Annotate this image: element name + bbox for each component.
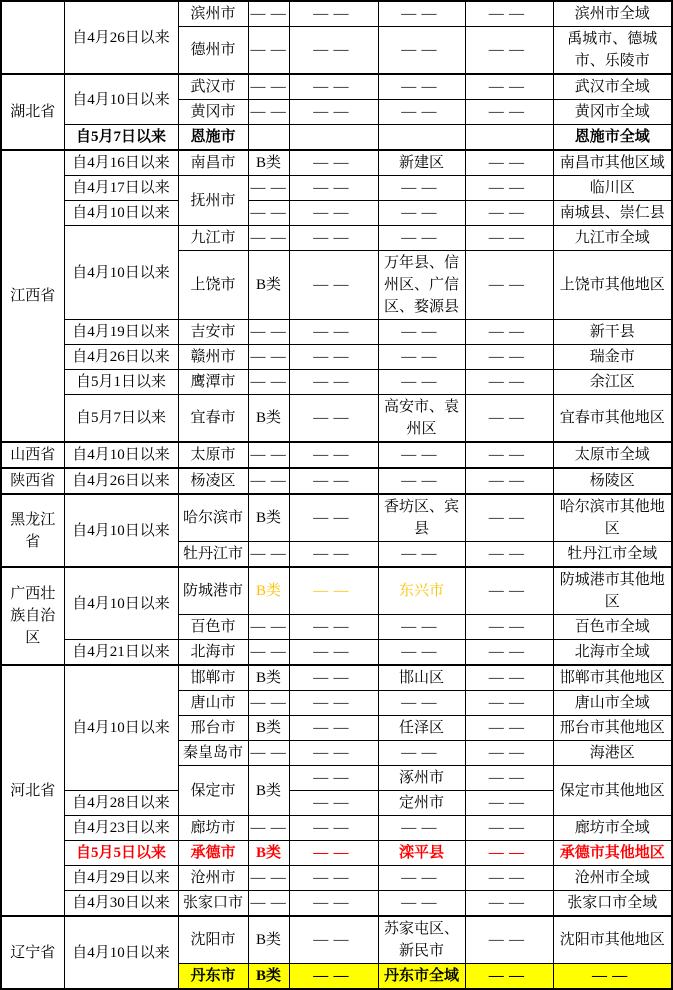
dash-cell: —— [465,442,553,468]
class-cell: —— [248,442,289,468]
area-cell: 九江市全域 [553,226,672,251]
dash-cell: —— [465,201,553,226]
class-cell: —— [248,201,289,226]
table-row: 自4月21日以来北海市————————北海市全域 [1,640,672,666]
date-since-cell: 自4月29日以来 [64,866,178,891]
date-since-cell: 自4月10日以来 [64,442,178,468]
class-cell: B类 [248,494,289,542]
dash-cell: —— [465,716,553,741]
province-cell: 湖北省 [1,74,64,150]
dash-cell: —— [289,615,378,640]
area-cell: 滨州市全域 [553,1,672,27]
table-row: 山西省自4月10日以来太原市————————太原市全域 [1,442,672,468]
table-row: 陕西省自4月26日以来杨凌区————————杨陵区 [1,468,672,494]
date-since-cell: 自4月10日以来 [64,201,178,226]
dash-cell: —— [289,816,378,841]
table-row: 自4月17日以来抚州市————————临川区 [1,176,672,201]
province-cell [1,1,64,74]
class-cell: —— [248,370,289,395]
city-cell: 滨州市 [178,1,248,27]
dash-cell: —— [289,1,378,27]
dash-cell: —— [289,468,378,494]
area-cell: 宜春市其他地区 [553,395,672,443]
city-cell: 德州市 [178,27,248,75]
area-cell: 沈阳市其他地区 [553,916,672,964]
dash-cell: —— [289,891,378,917]
table-row: 自4月26日以来滨州市————————滨州市全域 [1,1,672,27]
province-cell: 河北省 [1,665,64,916]
dash-cell: —— [465,345,553,370]
city-cell: 上饶市 [178,251,248,320]
area-cell: —— [553,964,672,990]
district-cell: —— [378,226,465,251]
date-since-cell: 自4月26日以来 [64,468,178,494]
date-since-cell: 自5月5日以来 [64,841,178,866]
city-cell: 恩施市 [178,125,248,151]
dash-cell: —— [289,251,378,320]
city-cell: 九江市 [178,226,248,251]
date-since-cell: 自4月19日以来 [64,320,178,345]
date-since-cell: 自5月1日以来 [64,370,178,395]
city-cell: 哈尔滨市 [178,494,248,542]
area-cell: 邯郸市其他地区 [553,665,672,691]
class-cell: —— [248,176,289,201]
class-cell: —— [248,691,289,716]
district-cell: —— [378,320,465,345]
class-cell: —— [248,345,289,370]
date-since-cell: 自4月10日以来 [64,665,178,791]
province-cell: 江西省 [1,150,64,442]
dash-cell [465,125,553,151]
class-cell: —— [248,741,289,766]
dash-cell: —— [465,150,553,176]
date-since-cell: 自4月17日以来 [64,176,178,201]
province-cell: 辽宁省 [1,916,64,989]
class-cell: B类 [248,766,289,816]
area-cell: 临川区 [553,176,672,201]
dash-cell: —— [465,176,553,201]
date-since-cell: 自4月23日以来 [64,816,178,841]
dash-cell: —— [465,100,553,125]
district-cell: —— [378,816,465,841]
table-row: 自4月19日以来吉安市————————新干县 [1,320,672,345]
city-cell: 黄冈市 [178,100,248,125]
dash-cell: —— [465,226,553,251]
class-cell: B类 [248,964,289,990]
city-cell: 廊坊市 [178,816,248,841]
dash-cell: —— [465,916,553,964]
class-cell: —— [248,615,289,640]
date-since-cell: 自4月26日以来 [64,1,178,74]
dash-cell: —— [465,494,553,542]
area-cell: 保定市其他地区 [553,766,672,816]
table-row: 自4月29日以来沧州市————————沧州市全域 [1,866,672,891]
area-cell: 武汉市全域 [553,74,672,100]
table-row: 自4月23日以来廊坊市————————廊坊市全域 [1,816,672,841]
city-cell: 鹰潭市 [178,370,248,395]
dash-cell: —— [465,320,553,345]
dash-cell: —— [289,766,378,791]
district-cell: 万年县、信州区、广信区、婺源县 [378,251,465,320]
province-cell: 黑龙江省 [1,494,64,567]
area-cell: 牡丹江市全域 [553,542,672,568]
district-cell: 定州市 [378,791,465,816]
dash-cell: —— [289,494,378,542]
dash-cell: —— [465,1,553,27]
table-row: 自4月26日以来赣州市————————瑞金市 [1,345,672,370]
class-cell: B类 [248,841,289,866]
city-cell: 杨凌区 [178,468,248,494]
area-cell: 北海市全域 [553,640,672,666]
district-cell: 新建区 [378,150,465,176]
table-row: 自5月1日以来鹰潭市————————余江区 [1,370,672,395]
dash-cell: —— [289,741,378,766]
class-cell: —— [248,866,289,891]
dash-cell: —— [465,866,553,891]
date-since-cell: 自4月10日以来 [64,916,178,989]
dash-cell: —— [465,370,553,395]
table-row: 自5月7日以来恩施市恩施市全域 [1,125,672,151]
dash-cell: —— [289,691,378,716]
table-row: 辽宁省自4月10日以来沈阳市B类——苏家屯区、新民市——沈阳市其他地区 [1,916,672,964]
dash-cell: —— [289,640,378,666]
dash-cell: —— [465,691,553,716]
district-cell: 丹东市全域 [378,964,465,990]
policy-table-body: 自4月26日以来滨州市————————滨州市全域德州市————————禹城市、德… [1,1,672,989]
dash-cell: —— [289,320,378,345]
dash-cell: —— [289,964,378,990]
table-row: 自4月10日以来九江市————————九江市全域 [1,226,672,251]
dash-cell: —— [465,741,553,766]
dash-cell: —— [465,665,553,691]
district-cell: 滦平县 [378,841,465,866]
class-cell: B类 [248,716,289,741]
area-cell: 瑞金市 [553,345,672,370]
dash-cell: —— [465,542,553,568]
class-cell: B类 [248,665,289,691]
table-row: 湖北省自4月10日以来武汉市————————武汉市全域 [1,74,672,100]
area-cell: 禹城市、德城市、乐陵市 [553,27,672,75]
district-cell: —— [378,201,465,226]
dash-cell: —— [289,665,378,691]
province-cell: 广西壮族自治区 [1,567,64,665]
dash-cell: —— [289,542,378,568]
city-cell: 唐山市 [178,691,248,716]
district-cell: —— [378,345,465,370]
province-cell: 山西省 [1,442,64,468]
dash-cell: —— [289,916,378,964]
district-cell: —— [378,100,465,125]
date-since-cell: 自4月30日以来 [64,891,178,917]
dash-cell: —— [289,201,378,226]
dash-cell: —— [465,964,553,990]
city-cell: 防城港市 [178,567,248,615]
dash-cell: —— [465,791,553,816]
dash-cell: —— [465,251,553,320]
area-cell: 廊坊市全域 [553,816,672,841]
class-cell: B类 [248,567,289,615]
city-cell: 邯郸市 [178,665,248,691]
district-cell: —— [378,691,465,716]
area-cell: 余江区 [553,370,672,395]
area-cell: 百色市全域 [553,615,672,640]
dash-cell: —— [289,74,378,100]
date-since-cell: 自4月10日以来 [64,74,178,125]
dash-cell: —— [465,891,553,917]
area-cell: 新干县 [553,320,672,345]
city-cell: 百色市 [178,615,248,640]
dash-cell: —— [465,640,553,666]
district-cell: 任泽区 [378,716,465,741]
dash-cell: —— [289,370,378,395]
area-cell: 南城县、崇仁县 [553,201,672,226]
dash-cell: —— [289,176,378,201]
dash-cell: —— [465,841,553,866]
area-cell: 唐山市全域 [553,691,672,716]
dash-cell: —— [465,395,553,443]
dash-cell: —— [289,100,378,125]
city-cell: 宜春市 [178,395,248,443]
class-cell: —— [248,27,289,75]
city-cell: 吉安市 [178,320,248,345]
date-since-cell: 自4月10日以来 [64,567,178,640]
district-cell: 邯山区 [378,665,465,691]
district-cell: —— [378,176,465,201]
district-cell: —— [378,468,465,494]
city-cell: 太原市 [178,442,248,468]
district-cell: 高安市、袁州区 [378,395,465,443]
dash-cell: —— [465,468,553,494]
dash-cell: —— [465,27,553,75]
dash-cell: —— [289,866,378,891]
class-cell: —— [248,100,289,125]
date-since-cell: 自4月16日以来 [64,150,178,176]
district-cell: —— [378,542,465,568]
area-cell: 上饶市其他地区 [553,251,672,320]
area-cell: 防城港市其他地区 [553,567,672,615]
dash-cell: —— [289,226,378,251]
dash-cell: —— [289,150,378,176]
city-cell: 沈阳市 [178,916,248,964]
dash-cell: —— [289,27,378,75]
class-cell: —— [248,816,289,841]
dash-cell: —— [289,567,378,615]
area-cell: 恩施市全域 [553,125,672,151]
date-since-cell: 自4月21日以来 [64,640,178,666]
district-cell: 涿州市 [378,766,465,791]
class-cell: —— [248,1,289,27]
district-cell: —— [378,74,465,100]
class-cell: —— [248,74,289,100]
dash-cell: —— [465,74,553,100]
date-since-cell: 自5月7日以来 [64,125,178,151]
table-row: 河北省自4月10日以来邯郸市B类——邯山区——邯郸市其他地区 [1,665,672,691]
date-since-cell: 自4月10日以来 [64,226,178,320]
district-cell: 香坊区、宾县 [378,494,465,542]
dash-cell: —— [289,841,378,866]
class-cell: B类 [248,916,289,964]
district-cell [378,125,465,151]
date-since-cell: 自4月28日以来 [64,791,178,816]
city-cell: 南昌市 [178,150,248,176]
district-cell: —— [378,615,465,640]
date-since-cell: 自5月7日以来 [64,395,178,443]
area-cell: 邢台市其他地区 [553,716,672,741]
city-cell: 武汉市 [178,74,248,100]
class-cell: —— [248,640,289,666]
dash-cell: —— [289,345,378,370]
district-cell: —— [378,1,465,27]
city-cell: 保定市 [178,766,248,816]
dash-cell: —— [289,395,378,443]
table-row: 广西壮族自治区自4月10日以来防城港市B类——东兴市——防城港市其他地区 [1,567,672,615]
class-cell: B类 [248,150,289,176]
date-since-cell: 自4月10日以来 [64,494,178,567]
table-row: 自4月30日以来张家口市————————张家口市全域 [1,891,672,917]
class-cell: —— [248,226,289,251]
dash-cell [289,125,378,151]
district-cell: —— [378,27,465,75]
city-cell: 邢台市 [178,716,248,741]
city-cell: 张家口市 [178,891,248,917]
class-cell: B类 [248,251,289,320]
area-cell: 沧州市全域 [553,866,672,891]
district-cell: —— [378,866,465,891]
district-cell: —— [378,741,465,766]
area-cell: 哈尔滨市其他地区 [553,494,672,542]
province-cell: 陕西省 [1,468,64,494]
area-cell: 黄冈市全域 [553,100,672,125]
district-cell: 东兴市 [378,567,465,615]
area-cell: 太原市全域 [553,442,672,468]
class-cell: —— [248,891,289,917]
dash-cell: —— [465,766,553,791]
city-cell: 牡丹江市 [178,542,248,568]
city-cell: 沧州市 [178,866,248,891]
district-cell: —— [378,370,465,395]
district-cell: —— [378,640,465,666]
class-cell: —— [248,542,289,568]
district-cell: —— [378,442,465,468]
area-cell: 海港区 [553,741,672,766]
area-cell: 承德市其他地区 [553,841,672,866]
dash-cell: —— [465,816,553,841]
dash-cell: —— [465,615,553,640]
class-cell: —— [248,468,289,494]
area-cell: 杨陵区 [553,468,672,494]
table-row: 自4月10日以来————————南城县、崇仁县 [1,201,672,226]
area-cell: 张家口市全域 [553,891,672,917]
city-cell: 丹东市 [178,964,248,990]
dash-cell: —— [465,567,553,615]
policy-table: 自4月26日以来滨州市————————滨州市全域德州市————————禹城市、德… [0,0,673,990]
city-cell: 承德市 [178,841,248,866]
table-row: 自5月5日以来承德市B类——滦平县——承德市其他地区 [1,841,672,866]
class-cell: —— [248,320,289,345]
table-row: 江西省自4月16日以来南昌市B类——新建区——南昌市其他区域 [1,150,672,176]
city-cell: 北海市 [178,640,248,666]
dash-cell: —— [289,716,378,741]
class-cell [248,125,289,151]
district-cell: 苏家屯区、新民市 [378,916,465,964]
city-cell: 秦皇岛市 [178,741,248,766]
dash-cell: —— [289,791,378,816]
area-cell: 南昌市其他区域 [553,150,672,176]
table-row: 自5月7日以来宜春市B类——高安市、袁州区——宜春市其他地区 [1,395,672,443]
date-since-cell: 自4月26日以来 [64,345,178,370]
city-cell: 抚州市 [178,176,248,226]
table-row: 黑龙江省自4月10日以来哈尔滨市B类——香坊区、宾县——哈尔滨市其他地区 [1,494,672,542]
district-cell: —— [378,891,465,917]
city-cell: 赣州市 [178,345,248,370]
dash-cell: —— [289,442,378,468]
class-cell: B类 [248,395,289,443]
